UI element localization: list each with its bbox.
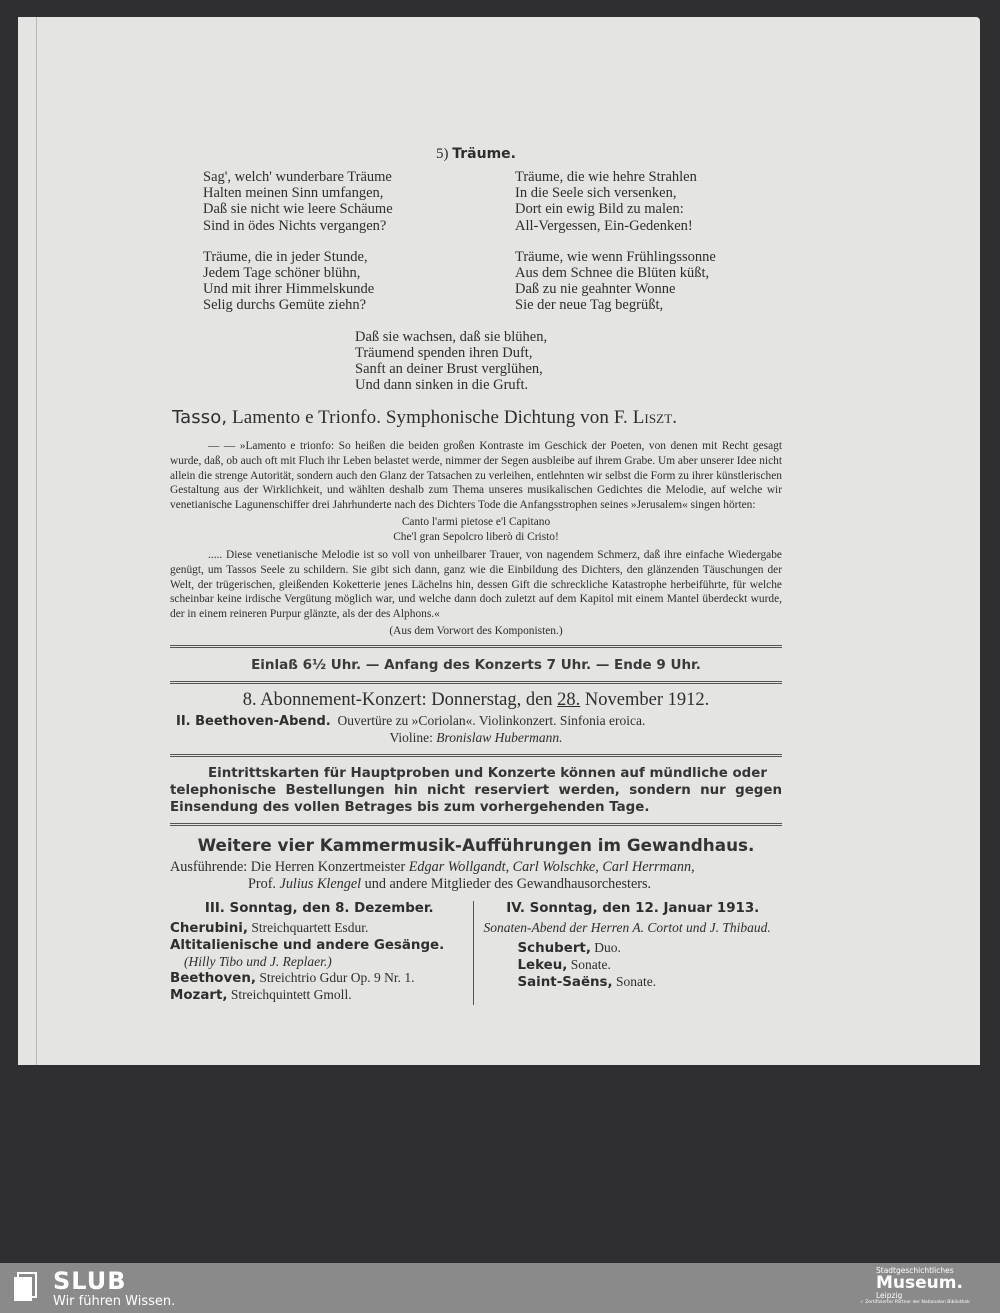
tasso-title-bold: Tasso,: [172, 407, 227, 428]
program-item: Lekeu, Sonate.: [484, 957, 783, 974]
next-concert-label: 8. Abonnement-Konzert: Donnerstag, den: [243, 690, 553, 710]
page-content: 5) Träume. Sag', welch' wunderbare Träum…: [170, 140, 782, 1005]
composer: Altitalienische und andere Gesänge.: [170, 938, 444, 953]
chamber-concerts: III. Sonntag, den 8. Dezember. Cherubini…: [170, 901, 782, 1004]
prof-label: Prof.: [248, 876, 276, 892]
work: Duo.: [594, 940, 621, 955]
museum-cert: ✓ Zertifizierter Partner der Nationalen …: [860, 1300, 990, 1305]
work: Streichtrio Gdur Op. 9 Nr. 1.: [259, 970, 414, 985]
program-item: Saint-Saëns, Sonate.: [484, 974, 783, 991]
slub-tagline: Wir führen Wissen.: [53, 1294, 175, 1309]
performers-line-2: Prof. Julius Klengel und andere Mitglied…: [170, 876, 782, 893]
stanza-left-1: Sag', welch' wunderbare Träume Halten me…: [203, 169, 515, 234]
program-item: Schubert, Duo.: [484, 940, 783, 957]
verse-line: Dort ein ewig Bild zu malen:: [515, 201, 775, 217]
next-concert-heading: 8. Abonnement-Konzert: Donnerstag, den 2…: [170, 690, 782, 711]
ticket-notice: Eintrittskarten für Hauptproben und Konz…: [170, 765, 782, 816]
performers: Ausführende: Die Herren Konzertmeister E…: [170, 859, 782, 893]
work: Streichquartett Esdur.: [251, 920, 368, 935]
tasso-paragraph-1: — — »Lamento e trionfo: So heißen die be…: [170, 439, 782, 512]
performer-name: Julius Klengel: [280, 876, 362, 892]
museum-name: Museum.: [876, 1275, 990, 1291]
concert-iv: IV. Sonntag, den 12. Januar 1913. Sonate…: [474, 901, 783, 1004]
program-item: Cherubini, Streichquartett Esdur.: [170, 920, 469, 937]
notice-line-1: Eintrittskarten für Hauptproben und Konz…: [170, 765, 782, 782]
performers-tail: und andere Mitglieder des Gewandhausorch…: [365, 876, 651, 892]
chamber-music-title: Weitere vier Kammermusik-Aufführungen im…: [170, 835, 782, 855]
verse-line: Daß sie nicht wie leere Schäume: [203, 201, 515, 217]
verse-line: Aus dem Schnee die Blüten küßt,: [515, 265, 775, 281]
footer-bar: SLUB Wir führen Wissen. Stadtgeschichtli…: [0, 1263, 1000, 1313]
composer: Saint-Saëns,: [518, 975, 613, 990]
verse-line: Träumend spenden ihren Duft,: [355, 345, 667, 361]
composer: Beethoven,: [170, 971, 256, 986]
verse-line: Sanft an deiner Brust verglühen,: [355, 361, 667, 377]
soloist-label: Violine:: [389, 730, 432, 745]
poem-number: 5): [436, 146, 449, 162]
stanza-right-2: Träume, wie wenn Frühlingssonne Aus dem …: [515, 249, 775, 314]
concert-times: Einlaß 6½ Uhr. — Anfang des Konzerts 7 U…: [170, 648, 782, 681]
program-item: Altitalienische und andere Gesänge.: [170, 937, 469, 954]
slub-logo-text[interactable]: SLUB: [53, 1267, 127, 1295]
slub-book-icon: [14, 1271, 40, 1301]
verse-line: Daß zu nie geahnter Wonne: [515, 281, 775, 297]
work: Sonate.: [616, 974, 656, 989]
stanza-left-2: Träume, die in jeder Stunde, Jedem Tage …: [203, 249, 515, 314]
verse-line: Träume, die wie hehre Strahlen: [515, 169, 775, 185]
singers: (Hilly Tibo und J. Replaer.): [170, 954, 469, 970]
double-rule: [170, 681, 782, 684]
subtitle-text: Sonaten-Abend der Herren A. Cortot und J…: [484, 920, 771, 935]
tasso-title-rest: Lamento e Trionfo. Symphonische Dichtung…: [232, 407, 628, 428]
page-fold-line: [36, 17, 37, 1065]
singers-names: (Hilly Tibo und J. Replaer.): [184, 954, 332, 969]
composer: Mozart,: [170, 988, 227, 1003]
verse-line: All-Vergessen, Ein-Gedenken!: [515, 218, 775, 234]
work: Streichquintett Gmoll.: [231, 987, 352, 1002]
tasso-quote: Canto l'armi pietose e'l Capitano Che'l …: [170, 515, 782, 545]
quote-line: Che'l gran Sepolcro liberò di Cristo!: [170, 530, 782, 545]
next-concert-month-year: November 1912.: [585, 690, 709, 710]
verse-line: Träume, die in jeder Stunde,: [203, 249, 515, 265]
verse-line: Träume, wie wenn Frühlingssonne: [515, 249, 775, 265]
tasso-paragraph-2: ..... Diese venetianische Melodie ist so…: [170, 548, 782, 621]
stanza-row-2: Träume, die in jeder Stunde, Jedem Tage …: [203, 249, 782, 329]
concert-iii: III. Sonntag, den 8. Dezember. Cherubini…: [170, 901, 474, 1004]
verse-line: Sind in ödes Nichts vergangen?: [203, 218, 515, 234]
performer-name: Carl Herrmann,: [602, 859, 694, 875]
stanza-row-1: Sag', welch' wunderbare Träume Halten me…: [203, 169, 782, 249]
verse-line: Daß sie wachsen, daß sie blühen,: [355, 329, 667, 345]
soloist-name: Bronislaw Hubermann.: [436, 730, 562, 745]
notice-rest: telephonische Bestellungen hin nicht res…: [170, 783, 782, 815]
tasso-composer: Liszt.: [633, 407, 677, 428]
concert-iv-subtitle: Sonaten-Abend der Herren A. Cortot und J…: [484, 920, 783, 936]
verse-line: Und dann sinken in die Gruft.: [355, 377, 667, 393]
poem-title-text: Träume.: [452, 146, 516, 162]
verse-line: Halten meinen Sinn umfangen,: [203, 185, 515, 201]
program-item: Beethoven, Streichtrio Gdur Op. 9 Nr. 1.: [170, 970, 469, 987]
performer-name: Carl Wolschke,: [513, 859, 599, 875]
program-works: Ouvertüre zu »Coriolan«. Violinkonzert. …: [337, 713, 645, 728]
quote-line: Canto l'armi pietose e'l Capitano: [170, 515, 782, 530]
stanza-center: Daß sie wachsen, daß sie blühen, Träumen…: [355, 329, 667, 394]
next-concert-day: 28.: [557, 690, 580, 710]
composer: Schubert,: [518, 941, 591, 956]
verse-line: Sag', welch' wunderbare Träume: [203, 169, 515, 185]
verse-line: Jedem Tage schöner blühn,: [203, 265, 515, 281]
verse-line: Selig durchs Gemüte ziehn?: [203, 297, 515, 313]
next-concert-program: II. Beethoven-Abend. Ouvertüre zu »Corio…: [176, 713, 782, 730]
poem-title: 5) Träume.: [170, 146, 782, 163]
concert-iv-heading: IV. Sonntag, den 12. Januar 1913.: [484, 901, 783, 917]
verse-line: In die Seele sich versenken,: [515, 185, 775, 201]
tasso-attribution: (Aus dem Vorwort des Komponisten.): [170, 625, 782, 637]
concert-iii-heading: III. Sonntag, den 8. Dezember.: [170, 901, 469, 917]
double-rule: [170, 823, 782, 826]
verse-line: Und mit ihrer Himmelskunde: [203, 281, 515, 297]
composer: Cherubini,: [170, 921, 248, 936]
verse-line: Sie der neue Tag begrüßt,: [515, 297, 775, 313]
program-item: Mozart, Streichquintett Gmoll.: [170, 987, 469, 1004]
program-label: II. Beethoven-Abend.: [176, 714, 331, 729]
performers-intro: Die Herren Konzertmeister: [251, 859, 405, 875]
tasso-heading: Tasso, Lamento e Trionfo. Symphonische D…: [172, 407, 782, 429]
double-rule: [170, 754, 782, 757]
composer: Lekeu,: [518, 958, 568, 973]
soloist-line: Violine: Bronislaw Hubermann.: [170, 730, 782, 746]
performer-name: Edgar Wollgandt,: [409, 859, 509, 875]
work: Sonate.: [571, 957, 611, 972]
museum-logo[interactable]: Stadtgeschichtliches Museum. Leipzig ✓ Z…: [850, 1266, 990, 1305]
stanza-right-1: Träume, die wie hehre Strahlen In die Se…: [515, 169, 775, 234]
performers-label: Ausführende:: [170, 859, 247, 875]
